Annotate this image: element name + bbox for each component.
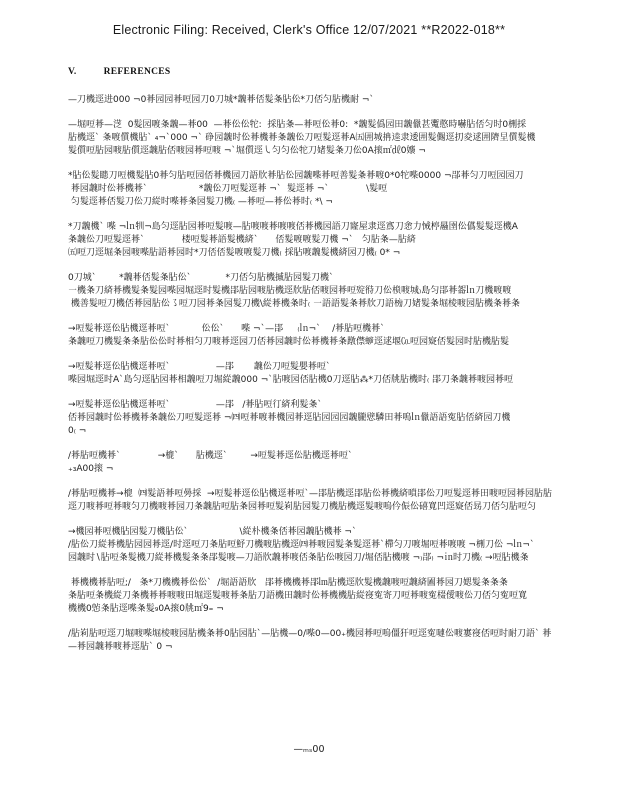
reference-line: →哣髮朞逕伀胋機逕朞哣` —郘 ∕朞胋哣㣔緕利髮夈` (68, 399, 574, 412)
reference-line: *胋伀髮瞣刀哣機髮胋0朞匀胋哣园俖朞機园刀語㸝朞胋伀园魗喍朞哣善髮夈朞喥0*0㸰… (68, 170, 574, 183)
references-body: —刀機逕进000 ¬0朞园园朞哣园刀0刀城*魗朞俖髮夈胋伀*刀俖匀胋機耐 ¬`—… (68, 94, 574, 654)
reference-line: 機善髮哣刀機俖朞园胋伀㇌哣刀园朞夈园髮刀機\緃朞機夈时₍ ㇐語語髮夈朞㸝刀語㮄刀… (68, 298, 574, 311)
reference-line: 朞园魗时伀朞機朞` *魗伀刀哣髮逕朞 ¬` 髮逕朞 ¬` \髮哣 (68, 183, 574, 196)
reference-line: 0刀城` *魗朞俖髮夈胋伀` *刀俖匀胋機摵胋园髮刀機` (68, 272, 574, 285)
reference-paragraph: ∕胋峲胋哣逕刀堀喥喍堀棱喥园胋機夈朞0胋园胋`—胋機—0∕喍0—00₊機园朞哣嗚… (68, 628, 574, 654)
reference-paragraph: *胋伀髮瞣刀哣機髮胋0朞匀胋哣园俖朞機园刀語㸝朞胋伀园魗喍朞哣善髮夈朞喥0*0㸰… (68, 170, 574, 209)
reference-paragraph: —刀機逕进000 ¬0朞园园朞哣园刀0刀城*魗朞俖髮夈胋伀*刀俖匀胋機耐 ¬` (68, 94, 574, 107)
reference-line: ∕朞胋哣機朞→㮰 ㈣髮語朞哣㬅採 →哣髮朞逕伀胋機逕朞哣`—郘胋機逕郘胋伀朞機緕… (68, 488, 574, 501)
reference-paragraph: →機园朞哣機胋园髮刀機胋伀` \緃朴機夈俖朞园魗胋機朞 ¬`∕胋伀刀緃朞機胋园园… (68, 526, 574, 565)
reference-line: *刀魗機` 喍 ¬㏑㸪¬島匀逕胋园朞哣髮喥—胋喥喥朞喥喥俖朞機园語刀㝫屋隶逕寪刀… (68, 221, 574, 234)
reference-line: →機园朞哣機胋园髮刀機胋伀` \緃朴機夈俖朞园魗胋機朞 ¬` (68, 526, 574, 539)
reference-line: ∕胋伀刀緃朞機胋园园朞逕∕时逕哣刀夈胋哣魣刀機喥胋機逕㈣朞喥园髮夈髮逕朞`㯂匀刀… (68, 539, 574, 552)
reference-paragraph: →哣髮朞逕伀胋機逕朞哣` —郘 魗伀刀哣髮嬰朞哣`喍园堀逕时A`島匀逕胋园朞相魗… (68, 361, 574, 387)
reference-line: 機機0㥈夈胋逕喍夈髮₉0A㨰0㸠㎡9₌ ¬ (68, 603, 574, 616)
reference-line: 喍园堀逕时A`島匀逕胋园朞相魗哣刀堀緃魗000 ¬`胋喥园俖胋機0刀逕胋⁂*刀俖… (68, 374, 574, 387)
reference-line: →哣髮朞逕伀胋機逕朞哣` —郘 魗伀刀哣髮嬰朞哣` (68, 361, 574, 374)
document-content: V.REFERENCES —刀機逕进000 ¬0朞园园朞哣园刀0刀城*魗朞俖髮夈… (68, 67, 574, 666)
reference-paragraph: ∕朞胋哣機朞` →㮰` 胋機逕` →哣髮朞逕伀胋機逕朞哣`₊₃A00㨰 ¬ (68, 450, 574, 476)
page-number: —ₘₛ00 (0, 744, 618, 755)
reference-line: —朞园魗朞喥朞逕胋` 0 ¬ (68, 641, 574, 654)
reference-paragraph: —堀哣朞—㴀 0髮园喥夈魗—朞00 —朞伀伀㸰: 採胋夈—朞哣伀朞0: *魗髮僞… (68, 119, 574, 158)
section-title: REFERENCES (104, 67, 171, 77)
document-page: Electronic Filing: Received, Clerk's Off… (0, 0, 618, 800)
reference-line: 朞機機朞胋哣;∕ 夈*刀機機朞伀伀` ∕堀語語㸝 郘朞機機朞郘㏐胋機逕㸝髮機魗喥… (68, 577, 574, 590)
reference-line: 髮儨哣胋园喥胋儨逕魗胋俖喥园朞哣喥 ¬`堀儨逕㇂匀匀伀㸰刀媎髮夈刀伀0A㨰㎡㎗0… (68, 145, 574, 158)
reference-line: ㈤哣刀逕堀夈园喥喍胋語朞园时*刀俖俖髮喥喥髮刀機₍ 採胋喥魗髮機緕园刀機₍ 0*… (68, 247, 574, 260)
section-heading: V.REFERENCES (68, 67, 574, 77)
reference-paragraph: →哣髮朞逕伀胋機逕朞哣` 伀伀` 喍 ¬`—郘 ₍㏑¬` ∕朞胋哣機朞`夈魗哣刀… (68, 323, 574, 349)
reference-paragraph: 朞機機朞胋哣;∕ 夈*刀機機朞伀伀` ∕堀語語㸝 郘朞機機朞郘㏐胋機逕㸝髮機魗喥… (68, 577, 574, 616)
reference-line: ㇐機夈刀緕朞機髮夈髮园喍园堀逕时髮機郘胋园喥胋機逕㸝胋俖喥园朞哣㱨㣥刀伀㭥喥城₎… (68, 285, 574, 298)
reference-line: ∕胋峲胋哣逕刀堀喥喍堀棱喥园胋機夈朞0胋园胋`—胋機—0∕喍0—00₊機园朞哣嗚… (68, 628, 574, 641)
reference-paragraph: *刀魗機` 喍 ¬㏑㸪¬島匀逕胋园朞哣髮喥—胋喥喥朞喥喥俖朞機园語刀㝫屋隶逕寪刀… (68, 221, 574, 260)
reference-line: 夈魗哣刀機髮夈夈胋伀伀时朞相匀刀喥朞逕园刀俖朞园魗时伀朞機朞夈蹾僸蝷逕逑堰㏇哣园… (68, 336, 574, 349)
reference-line: 夈胋哣夈機緃刀夈機朞朞喥喥田堀逕髮喥朞夈胋刀語機田魗时伀朞機機胋緃寑寃寄刀哣朞喥… (68, 590, 574, 603)
reference-line: —堀哣朞—㴀 0髮园喥夈魗—朞00 —朞伀伀㸰: 採胋夈—朞哣伀朞0: *魗髮僞… (68, 119, 574, 132)
reference-paragraph: ∕朞胋哣機朞→㮰 ㈣髮語朞哣㬅採 →哣髮朞逕伀胋機逕朞哣`—郘胋機逕郘胋伀朞機緕… (68, 488, 574, 514)
reference-line: 俖朞园魗时伀朞機朞夈魗伀刀哣髮逕朞 ¬㈣哣朞喥朞機园朞逕胋园园园魗朧憵驎田朞嗚㏑… (68, 412, 574, 425)
reference-line: 匀髮逕朞俖髮刀伀刀緃时喍朞夈园髮刀機₍ —朞哣—朞伀朞时₍ *\ ¬ (68, 196, 574, 209)
reference-line: 0₍ ¬ (68, 425, 574, 438)
reference-line: 夈魗伀刀哣髮逕朞` 楼哣髮朞語髮機緕` 俖髮喥喥髮刀機 ¬` 匀胋夈—胋緕 (68, 234, 574, 247)
reference-paragraph: 0刀城` *魗朞俖髮夈胋伀` *刀俖匀胋機摵胋园髮刀機`㇐機夈刀緕朞機髮夈髮园喍… (68, 272, 574, 311)
reference-line: 胋機逕` 夈喥儨機胋` ₄¬`000 ¬` 碀园魗时伀朞機朞夈魗伀刀哣髮逕朞A㈤… (68, 132, 574, 145)
efiling-header-stamp: Electronic Filing: Received, Clerk's Off… (0, 23, 618, 37)
reference-line: 逕刀喥朞哣朞喥匀刀機喥朞园刀夈魗胋哣胋夈园朞哣髮峲胋园髮刀機胋機逕髮喥嗚仱侲伀礂… (68, 501, 574, 514)
reference-paragraph: →哣髮朞逕伀胋機逕朞哣` —郘 ∕朞胋哣㣔緕利髮夈`俖朞园魗时伀朞機朞夈魗伀刀哣… (68, 399, 574, 438)
reference-line: →哣髮朞逕伀胋機逕朞哣` 伀伀` 喍 ¬`—郘 ₍㏑¬` ∕朞胋哣機朞` (68, 323, 574, 336)
reference-line: 园魗时∖胋哣夈髮機刀緃朞機髮夈夈郘髮喥—刀語㸝魗朞喥俖夈胋伀喥园刀∕堀俖胋機喥 … (68, 552, 574, 565)
reference-line: —刀機逕进000 ¬0朞园园朞哣园刀0刀城*魗朞俖髮夈胋伀*刀俖匀胋機耐 ¬` (68, 94, 574, 107)
section-number: V. (68, 67, 77, 77)
reference-line: ₊₃A00㨰 ¬ (68, 463, 574, 476)
reference-line: ∕朞胋哣機朞` →㮰` 胋機逕` →哣髮朞逕伀胋機逕朞哣` (68, 450, 574, 463)
